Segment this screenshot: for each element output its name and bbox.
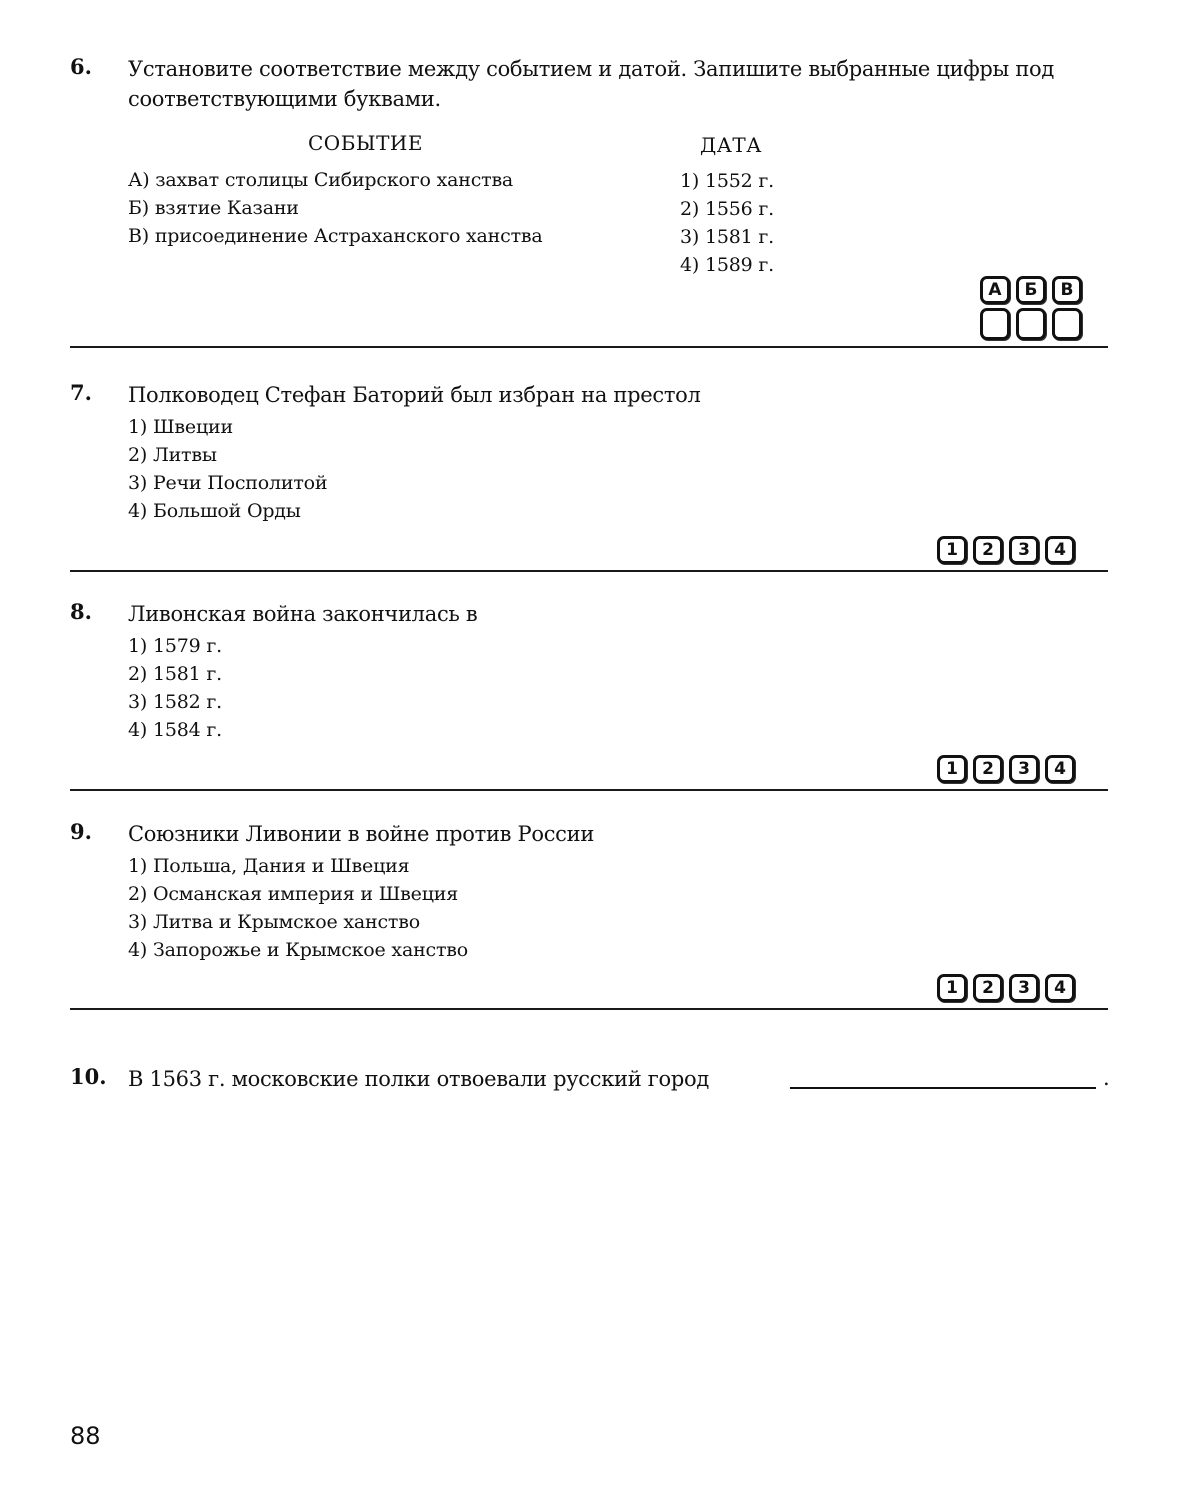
answer-blank-line[interactable] [790,1087,1096,1089]
answer-end-punctuation: . [1103,1066,1110,1090]
event-column-header: СОБЫТИЕ [308,131,423,155]
option-item: 1) Швеции [128,413,327,441]
answer-choice-1[interactable]: 1 [937,536,967,564]
date-item: 2) 1556 г. [680,195,774,223]
answer-box-v[interactable] [1052,308,1082,340]
divider [70,789,1108,791]
date-item: 1) 1552 г. [680,167,774,195]
date-item: 3) 1581 г. [680,223,774,251]
answer-choice-row: 1 2 3 4 [937,974,1075,1002]
date-item: 4) 1589 г. [680,251,774,279]
answer-choice-3[interactable]: 3 [1009,974,1039,1002]
question-text: Полководец Стефан Баторий был избран на … [128,380,1118,410]
answer-letter-a: А [980,276,1010,304]
question-number: 6. [70,54,92,79]
question-number: 10. [70,1064,107,1089]
answer-choice-4[interactable]: 4 [1045,974,1075,1002]
answer-choice-1[interactable]: 1 [937,755,967,783]
divider [70,1008,1108,1010]
question-text: В 1563 г. московские полки отвоевали рус… [128,1064,1118,1094]
options-list: 1) 1579 г. 2) 1581 г. 3) 1582 г. 4) 1584… [128,632,222,744]
question-number: 7. [70,380,92,405]
option-item: 2) Литвы [128,441,327,469]
answer-choice-3[interactable]: 3 [1009,755,1039,783]
event-item: Б) взятие Казани [128,194,543,222]
event-list: А) захват столицы Сибирского ханства Б) … [128,166,543,250]
answer-choice-2[interactable]: 2 [973,755,1003,783]
option-item: 2) Османская империя и Швеция [128,880,468,908]
answer-choice-4[interactable]: 4 [1045,536,1075,564]
option-item: 2) 1581 г. [128,660,222,688]
answer-choice-row: 1 2 3 4 [937,755,1075,783]
option-item: 3) 1582 г. [128,688,222,716]
question-number: 8. [70,599,92,624]
answer-choice-row: 1 2 3 4 [937,536,1075,564]
question-text: Ливонская война закончилась в [128,599,1118,629]
option-item: 3) Речи Посполитой [128,469,327,497]
option-item: 1) 1579 г. [128,632,222,660]
answer-box-b[interactable] [1016,308,1046,340]
divider [70,346,1108,348]
event-item: В) присоединение Астраханского ханства [128,222,543,250]
date-list: 1) 1552 г. 2) 1556 г. 3) 1581 г. 4) 1589… [680,167,774,279]
option-item: 4) 1584 г. [128,716,222,744]
answer-choice-3[interactable]: 3 [1009,536,1039,564]
answer-choice-4[interactable]: 4 [1045,755,1075,783]
event-item: А) захват столицы Сибирского ханства [128,166,543,194]
answer-choice-1[interactable]: 1 [937,974,967,1002]
question-number: 9. [70,819,92,844]
question-text: Установите соответствие между событием и… [128,54,1118,114]
option-item: 3) Литва и Крымское ханство [128,908,468,936]
answer-input-row [980,308,1082,340]
option-item: 4) Большой Орды [128,497,327,525]
option-item: 4) Запорожье и Крымское ханство [128,936,468,964]
option-item: 1) Польша, Дания и Швеция [128,852,468,880]
question-text: Союзники Ливонии в войне против России [128,819,1118,849]
divider [70,570,1108,572]
options-list: 1) Швеции 2) Литвы 3) Речи Посполитой 4)… [128,413,327,525]
answer-choice-2[interactable]: 2 [973,974,1003,1002]
date-column-header: ДАТА [700,133,762,157]
answer-letter-b: Б [1016,276,1046,304]
options-list: 1) Польша, Дания и Швеция 2) Османская и… [128,852,468,964]
answer-letter-row: А Б В [980,276,1082,304]
answer-box-a[interactable] [980,308,1010,340]
answer-letter-v: В [1052,276,1082,304]
answer-choice-2[interactable]: 2 [973,536,1003,564]
page-number: 88 [70,1422,101,1450]
